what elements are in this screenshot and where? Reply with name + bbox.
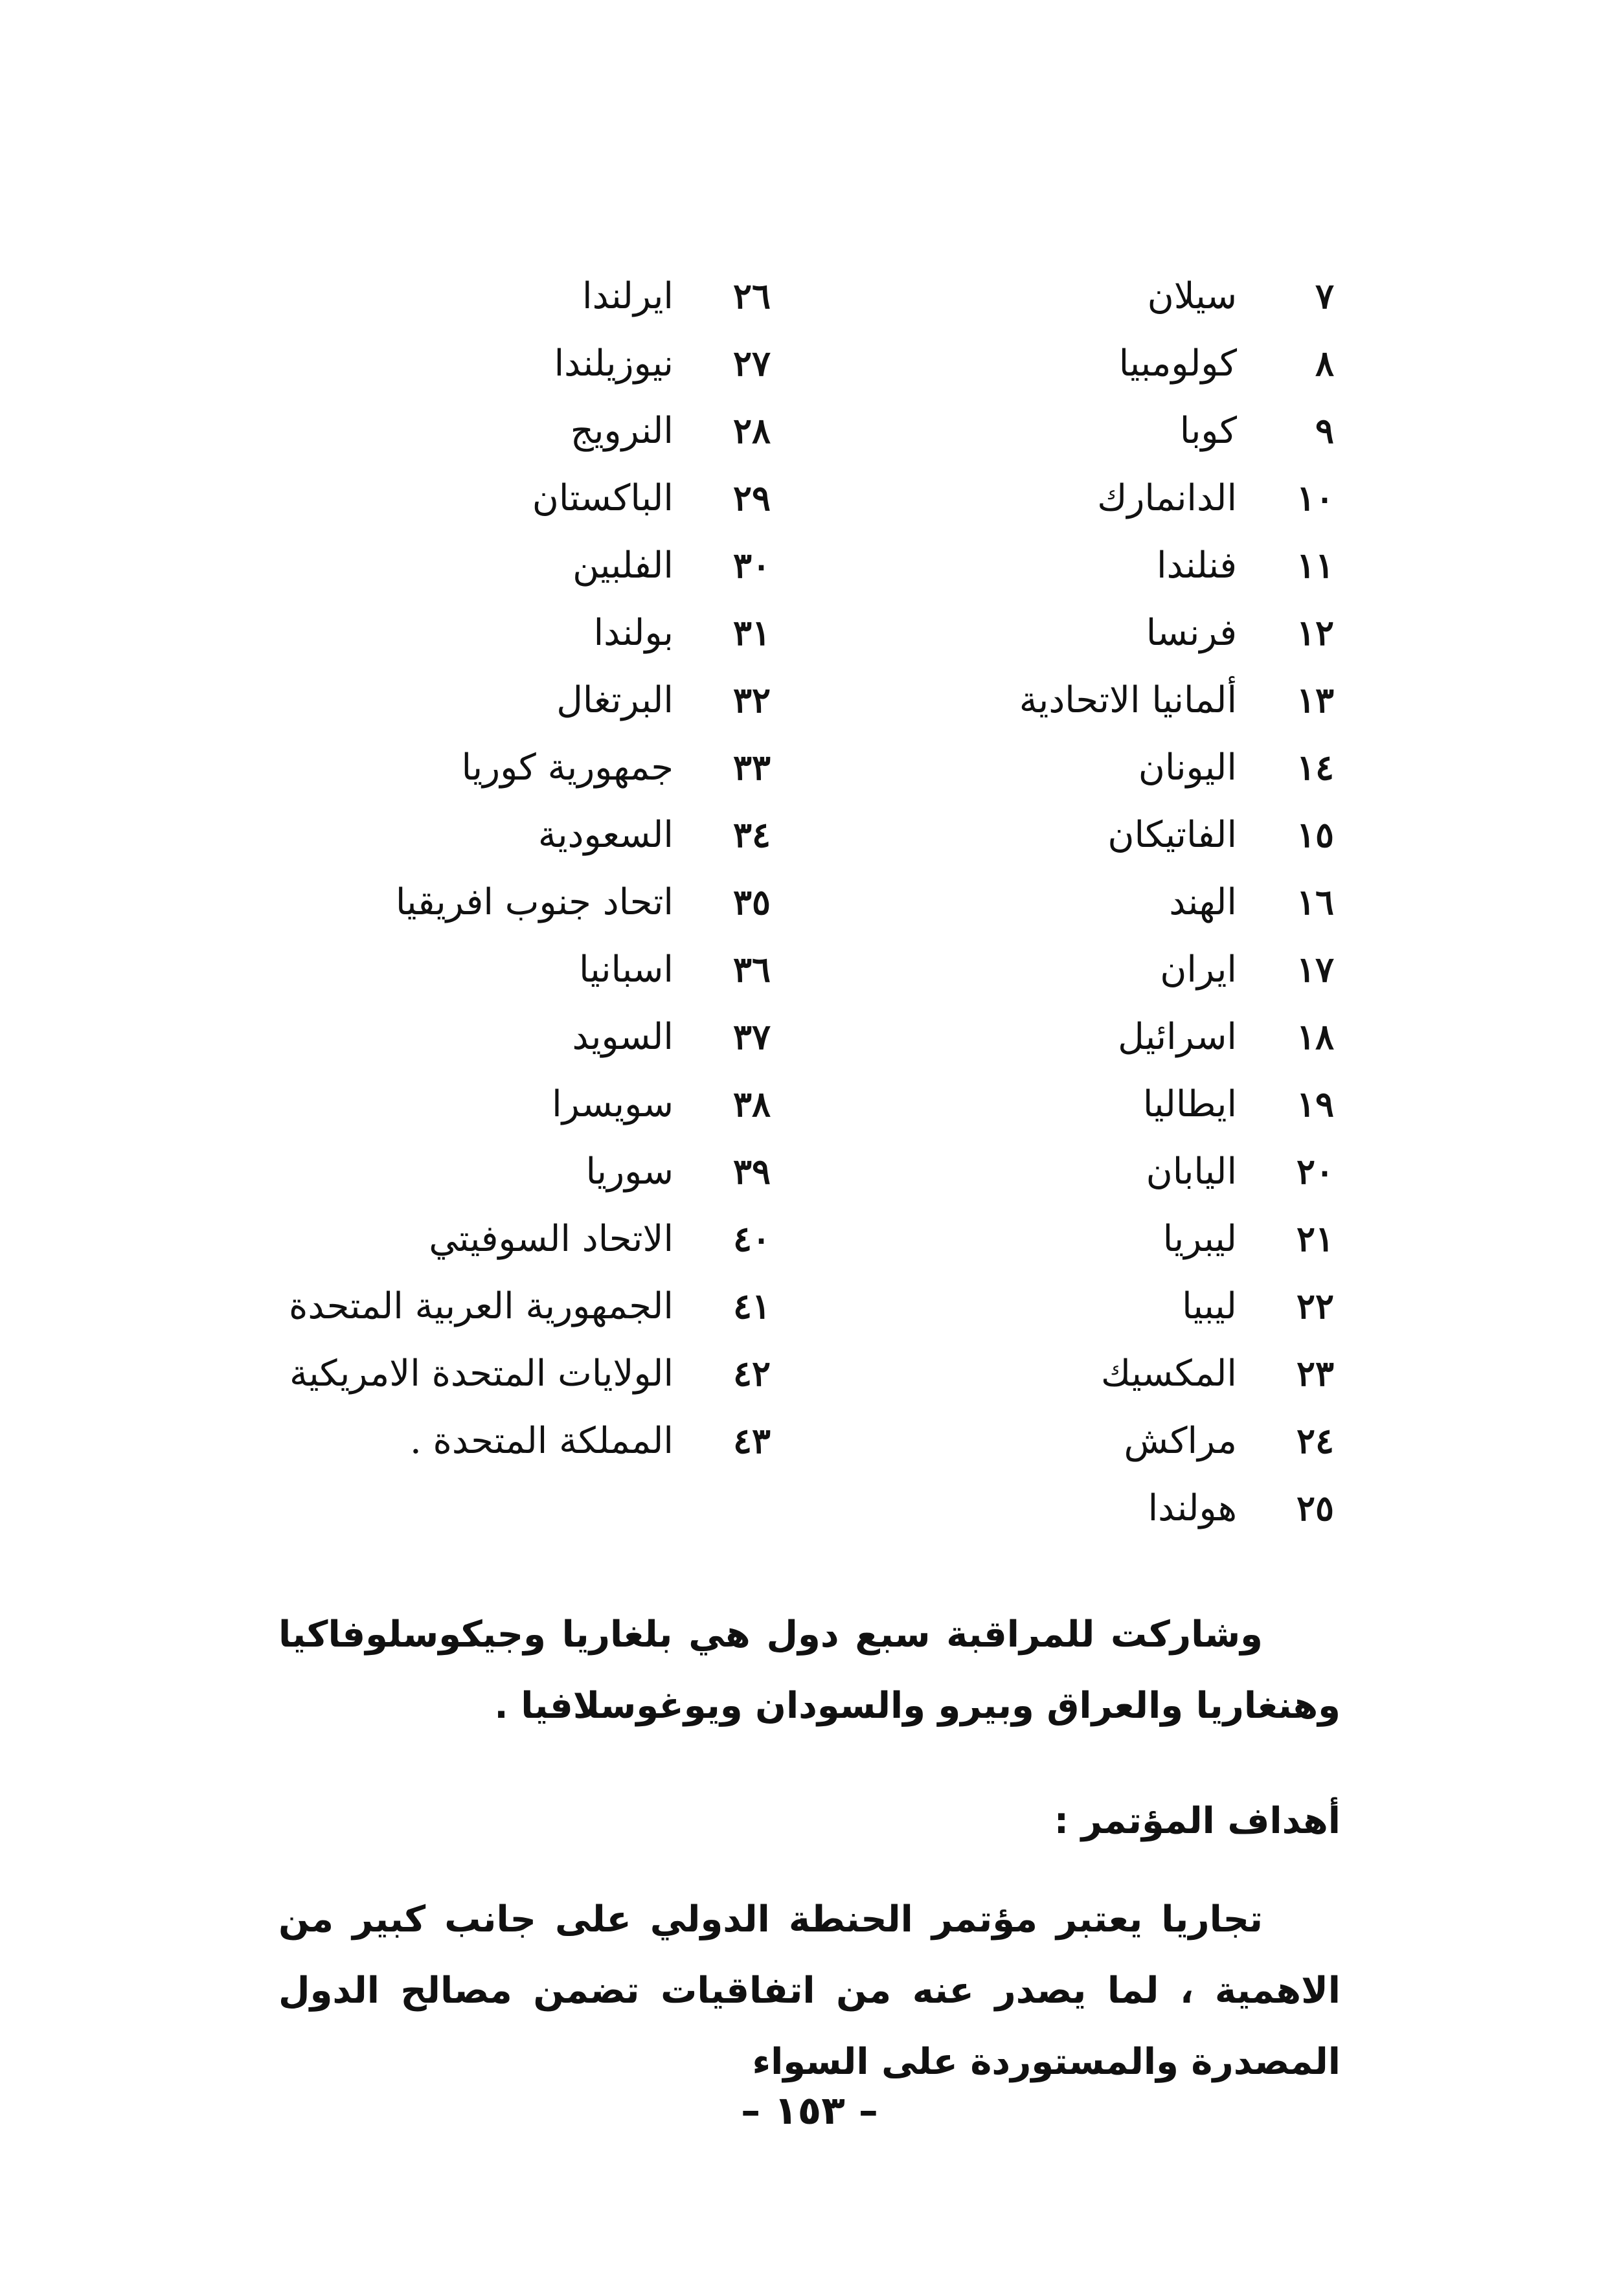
country-list-item: ١٦الهند [764,868,1347,936]
country-name: المملكة المتحدة . [410,1420,674,1462]
country-number: ٣٣ [674,747,784,788]
country-list-item: ١٠الدانمارك [764,464,1347,532]
country-list-item: ٣٣جمهورية كوريا [104,734,784,801]
country-list-item: ٢١ليبريا [764,1205,1347,1272]
country-number: ٣٠ [674,545,784,586]
country-number: ٢٦ [674,275,784,317]
observers-paragraph-text: وشاركت للمراقبة سبع دول هي بلغاريا وجيكو… [278,1614,1341,1727]
country-list-item: ١٨اسرائيل [764,1003,1347,1070]
country-number: ١٣ [1237,679,1347,721]
country-number: ٨ [1237,343,1347,384]
country-number: ٣٨ [674,1083,784,1125]
country-list-item: ٤١الجمهورية العربية المتحدة [104,1272,784,1340]
country-number: ٣٦ [674,949,784,990]
country-name: السويد [572,1016,674,1058]
country-name: فرنسا [1146,612,1237,654]
country-list-item: ١٣ألمانيا الاتحادية [764,666,1347,734]
country-number: ١٨ [1237,1016,1347,1057]
country-name: ايران [1160,949,1237,991]
section-heading: أهداف المؤتمر : [1054,1800,1341,1842]
country-list-item: ٩كوبا [764,397,1347,464]
country-name: كوبا [1180,410,1237,452]
country-name: ليبيا [1182,1285,1237,1327]
country-list-item: ٢٤مراكش [764,1407,1347,1474]
country-name: اتحاد جنوب افريقيا [396,881,674,923]
country-list-item: ١٢فرنسا [764,599,1347,666]
country-list-item: ٢٣المكسيك [764,1340,1347,1407]
country-list-item: ٤٠الاتحاد السوفيتي [104,1205,784,1272]
country-number: ٢٧ [674,343,784,384]
country-name: الجمهورية العربية المتحدة [289,1285,674,1327]
country-list-item: ٢٧نيوزيلندا [104,330,784,397]
country-name: بولندا [594,612,674,654]
country-number: ١٤ [1237,747,1347,788]
country-list-item: ٣٠الفلبين [104,532,784,599]
goals-paragraph-text: تجاريا يعتبر مؤتمر الحنطة الدولي على جان… [278,1898,1341,2083]
country-name: اليابان [1146,1151,1237,1193]
country-name: اسبانيا [579,949,674,991]
country-name: الفاتيكان [1107,814,1237,856]
goals-paragraph: تجاريا يعتبر مؤتمر الحنطة الدولي على جان… [278,1884,1341,2098]
country-number: ٢٩ [674,477,784,519]
country-number: ١٢ [1237,612,1347,653]
country-name: السعودية [538,814,674,856]
country-list-item: ٣٧السويد [104,1003,784,1070]
observers-paragraph: وشاركت للمراقبة سبع دول هي بلغاريا وجيكو… [278,1599,1341,1742]
country-name: ايطاليا [1143,1083,1237,1125]
country-name: سيلان [1148,275,1237,317]
country-number: ٢٨ [674,410,784,451]
country-list-item: ٢٩الباكستان [104,464,784,532]
country-name: هولندا [1148,1487,1237,1529]
country-list-item: ٢٦ايرلندا [104,262,784,330]
country-number: ٣١ [674,612,784,653]
country-list-right-column: ٧سيلان٨كولومبيا٩كوبا١٠الدانمارك١١فنلندا١… [764,262,1347,1542]
country-number: ٧ [1237,275,1347,317]
country-list-item: ٤٣المملكة المتحدة . [104,1407,784,1474]
country-name: الاتحاد السوفيتي [429,1218,674,1260]
country-number: ١٥ [1237,814,1347,855]
country-number: ٣٥ [674,881,784,923]
country-list-item: ١٩ايطاليا [764,1070,1347,1138]
country-number: ١٦ [1237,881,1347,923]
country-list-item: ١٥الفاتيكان [764,801,1347,868]
country-name: ألمانيا الاتحادية [1019,679,1237,721]
country-number: ٤٢ [674,1353,784,1394]
country-name: سويسرا [552,1083,674,1125]
country-name: النرويج [571,410,674,452]
country-number: ٣٤ [674,814,784,855]
country-number: ٢١ [1237,1218,1347,1259]
country-name: الدانمارك [1097,477,1237,519]
country-name: اليونان [1138,747,1237,789]
country-number: ٢٥ [1237,1487,1347,1529]
country-name: جمهورية كوريا [462,747,674,789]
country-name: الهند [1169,881,1237,923]
country-list-item: ١٧ايران [764,936,1347,1003]
country-number: ٢٢ [1237,1285,1347,1327]
country-number: ٢٤ [1237,1420,1347,1461]
country-name: كولومبيا [1119,343,1237,385]
country-list-item: ٣٦اسبانيا [104,936,784,1003]
country-number: ١٠ [1237,477,1347,519]
country-list-item: ٤٢الولايات المتحدة الامريكية [104,1340,784,1407]
country-name: الولايات المتحدة الامريكية [289,1353,674,1395]
country-name: نيوزيلندا [554,343,674,385]
country-list-item: ٢٥هولندا [764,1474,1347,1542]
country-list-item: ٣٥اتحاد جنوب افريقيا [104,868,784,936]
page-number: – ١٥٣ – [732,2088,887,2133]
country-list-item: ٣١بولندا [104,599,784,666]
country-name: مراكش [1124,1420,1237,1462]
country-name: الباكستان [532,477,674,519]
country-list-item: ٣٤السعودية [104,801,784,868]
country-number: ١٧ [1237,949,1347,990]
country-name: المكسيك [1101,1353,1237,1395]
country-number: ١١ [1237,545,1347,586]
country-list-item: ١١فنلندا [764,532,1347,599]
country-number: ٤٣ [674,1420,784,1461]
country-list-item: ٣٩سوريا [104,1138,784,1205]
country-list-item: ٢٢ليبيا [764,1272,1347,1340]
country-list-item: ٣٨سويسرا [104,1070,784,1138]
country-number: ١٩ [1237,1083,1347,1125]
country-number: ٤٠ [674,1218,784,1259]
book-page: ٧سيلان٨كولومبيا٩كوبا١٠الدانمارك١١فنلندا١… [0,0,1619,2296]
country-name: سوريا [585,1151,674,1193]
country-name: البرتغال [556,679,674,721]
country-list-item: ٨كولومبيا [764,330,1347,397]
country-name: ليبريا [1163,1218,1237,1260]
country-number: ٤١ [674,1285,784,1327]
country-number: ٣٩ [674,1151,784,1192]
country-list-item: ١٤اليونان [764,734,1347,801]
country-list-item: ٧سيلان [764,262,1347,330]
country-list-left-column: ٢٦ايرلندا٢٧نيوزيلندا٢٨النرويج٢٩الباكستان… [104,262,784,1474]
country-number: ٣٧ [674,1016,784,1057]
country-number: ٢٠ [1237,1151,1347,1192]
country-number: ٢٣ [1237,1353,1347,1394]
country-number: ٩ [1237,410,1347,451]
country-list-item: ٢٠اليابان [764,1138,1347,1205]
country-list-item: ٣٢البرتغال [104,666,784,734]
country-name: ايرلندا [582,275,674,317]
country-list-item: ٢٨النرويج [104,397,784,464]
country-name: فنلندا [1157,545,1237,587]
country-name: الفلبين [572,545,674,587]
country-number: ٣٢ [674,679,784,721]
country-name: اسرائيل [1118,1016,1237,1058]
